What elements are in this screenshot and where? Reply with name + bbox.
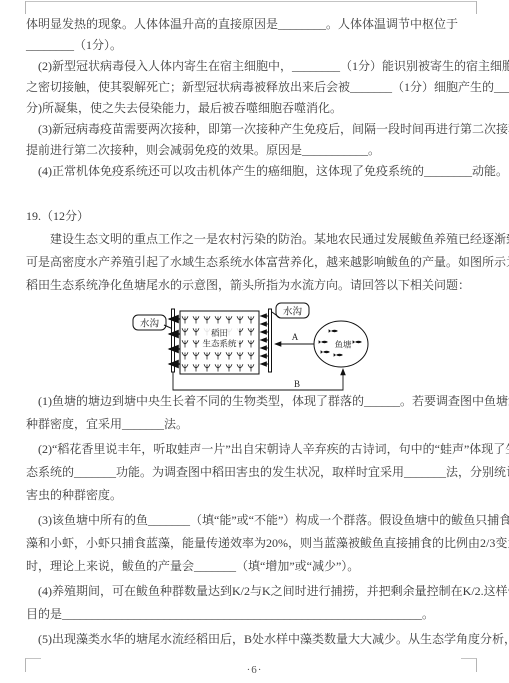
fish-pond: 鱼塘 — [314, 321, 368, 367]
paddy-pond-diagram: 水沟 稻田 生态系统 水沟 — [75, 298, 385, 396]
q19-part3-line-1: (3)该鱼塘中所有的鱼_______（填“能”或“不能”）构成一个群落。假设鱼塘… — [38, 509, 499, 532]
q19-part4-line-2: 目的是_____________________________________… — [26, 603, 499, 626]
q19-part1-line-2: 种群密度，宜采用_______法。 — [26, 413, 499, 436]
q18-part2-line-2: 之密切接触，使其裂解死亡；新型冠状病毒被释放出来后会被_______（1分）细胞… — [26, 77, 499, 98]
water-flow-arrows-right — [261, 316, 269, 364]
question-19-subquestions: (1)鱼塘的塘边到塘中央生长着不同的生物类型，体现了群落的______。若要调查… — [26, 390, 499, 651]
q18-line-1: 体明显发热的现象。人体体温升高的直接原因是________。人体体温调节中枢位于 — [26, 14, 499, 35]
field-label-line1: 稻田 — [211, 328, 228, 338]
q19-number: 19.（12分） — [26, 205, 499, 228]
question-18-continuation: 体明显发热的现象。人体体温升高的直接原因是________。人体体温调节中枢位于… — [26, 14, 499, 182]
q19-intro-line-1: 建设生态文明的重点工作之一是农村污染的防治。某地农民通过发展鲅鱼养殖已经逐渐致富… — [50, 228, 499, 251]
page-top-boundary-line — [25, 1, 476, 2]
q19-part5-line-1: (5)出现藻类水华的塘尾水流经稻田后，B处水样中藻类数量大大减少。从生态学角度分… — [38, 628, 499, 651]
q18-line-2: ________（1分）。 — [26, 35, 499, 56]
diagram-svg: 水沟 稻田 生态系统 水沟 — [75, 298, 385, 396]
q19-part-4: (4)养殖期间，可在鲅鱼种群数量达到K/2与K之间时进行捕捞，并把剩余量控制在K… — [26, 580, 499, 626]
right-channel-callout: 水沟 — [272, 303, 309, 318]
q18-part2-line-3: 分)所凝集，使之失去侵染能力，最后被吞噬细胞吞噬消化。 — [26, 98, 499, 119]
pond-label: 鱼塘 — [334, 340, 352, 350]
q19-part3-line-3: 时，理论上来说，鲅鱼的产量会_______（填“增加”或“减少”）。 — [26, 555, 499, 578]
q18-part4-line-1: (4)正常机体免疫系统还可以攻击机体产生的癌细胞，这体现了免疫系统的______… — [38, 161, 499, 182]
q19-part1-line-1: (1)鱼塘的塘边到塘中央生长着不同的生物类型，体现了群落的______。若要调查… — [38, 390, 499, 413]
page-number: ·6· — [0, 664, 509, 676]
q19-part3-line-2: 藻和小虾，小虾只捕食蓝藻，能量传递效率为20%，则当蓝藻被鲅鱼直接捕食的比例由2… — [26, 532, 499, 555]
question-19-header: 19.（12分） 建设生态文明的重点工作之一是农村污染的防治。某地农民通过发展鲅… — [26, 205, 499, 297]
q18-part3-line-2: 提前进行第二次接种，则会减弱免疫的效果。原因是___________。 — [26, 140, 499, 161]
paddy-field-label: 稻田 生态系统 — [201, 327, 239, 349]
arrow-a: A — [275, 332, 314, 344]
q19-part4-line-1: (4)养殖期间，可在鲅鱼种群数量达到K/2与K之间时进行捕捞，并把剩余量控制在K… — [38, 580, 499, 603]
q19-part-2: (2)“稻花香里说丰年，听取蛙声一片”出自宋朝诗人辛弃疾的古诗词，句中的“蛙声”… — [26, 438, 499, 507]
q19-intro-line-3: 稻田生态系统净化鱼塘尾水的示意图，箭头所指为水流方向。请回答以下相关问题： — [26, 274, 499, 297]
left-channel-label: 水沟 — [140, 318, 160, 330]
q19-part2-line-3: 害虫的种群密度。 — [26, 484, 499, 507]
right-channel-label: 水沟 — [283, 306, 303, 318]
arrow-a-label: A — [292, 332, 299, 342]
q18-part2-line-1: (2)新型冠状病毒侵入人体内寄生在宿主细胞中，________（1分）能识别被寄… — [38, 56, 499, 77]
crop-mark-top-right — [476, 1, 477, 14]
left-channel-callout: 水沟 — [133, 315, 173, 330]
exam-page: 体明显发热的现象。人体体温升高的直接原因是________。人体体温调节中枢位于… — [0, 0, 509, 683]
right-channel-bar — [269, 309, 272, 372]
field-label-line2: 生态系统 — [202, 339, 237, 349]
q19-part2-line-2: 态系统的_______功能。为调查图中稻田害虫的发生状况，取样时宜采用_____… — [26, 461, 499, 484]
q19-part-5: (5)出现藻类水华的塘尾水流经稻田后，B处水样中藻类数量大大减少。从生态学角度分… — [26, 628, 499, 651]
q18-part3-line-1: (3)新冠病毒疫苗需要两次接种，即第一次接种产生免疫后，间隔一段时间再进行第二次… — [38, 119, 499, 140]
q19-part-3: (3)该鱼塘中所有的鱼_______（填“能”或“不能”）构成一个群落。假设鱼塘… — [26, 509, 499, 578]
q19-part2-line-1: (2)“稻花香里说丰年，听取蛙声一片”出自宋朝诗人辛弃疾的古诗词，句中的“蛙声”… — [38, 438, 499, 461]
arrow-b-label: B — [294, 379, 300, 389]
crop-mark-top-left — [25, 1, 26, 14]
q19-intro-line-2: 可是高密度水产养殖引起了水域生态系统水体富营养化，越来越影响鲅鱼的产量。如图所示… — [26, 251, 499, 274]
q19-part-1: (1)鱼塘的塘边到塘中央生长着不同的生物类型，体现了群落的______。若要调查… — [26, 390, 499, 436]
